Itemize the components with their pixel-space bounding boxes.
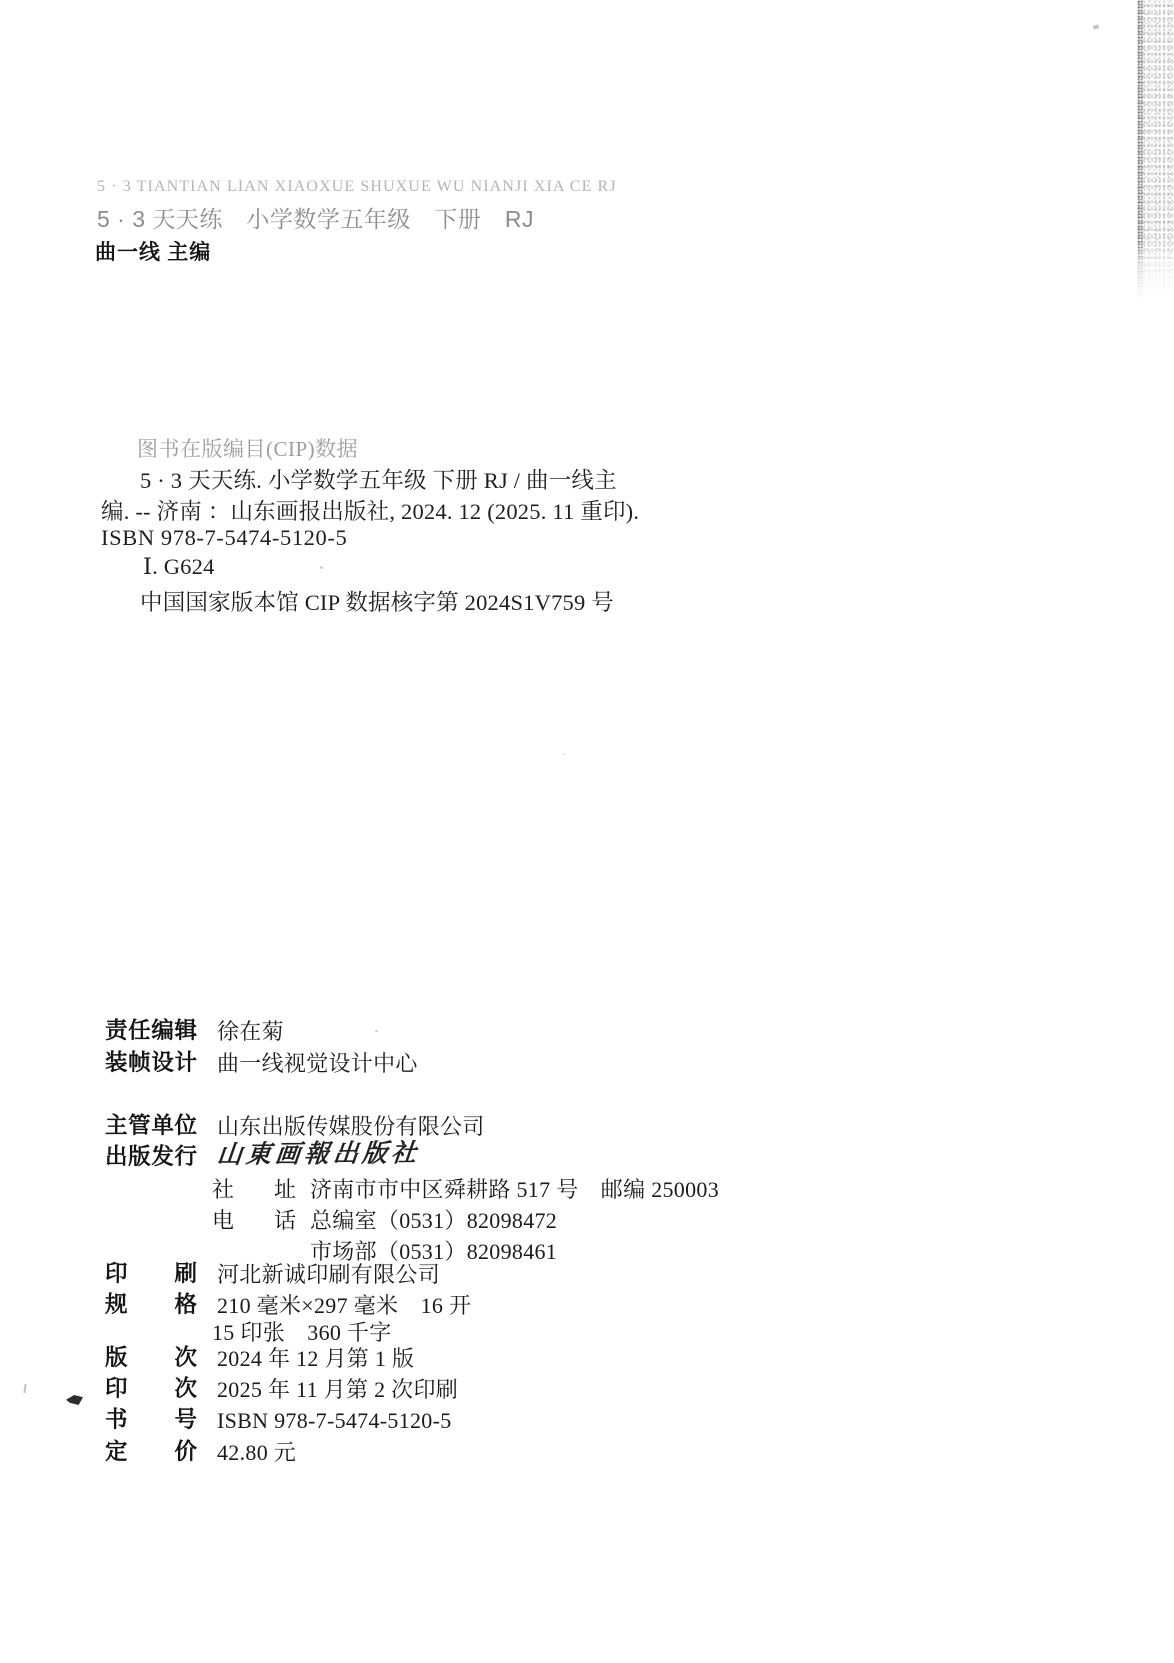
colophon-value: 徐在菊: [217, 1019, 284, 1044]
colophon-sublabel: 电话: [212, 1208, 296, 1233]
book-title: 5 · 3 天天练 小学数学五年级 下册 RJ: [97, 201, 534, 234]
ink-wedge-mark: [66, 1395, 83, 1405]
colophon-value: 济南市市中区舜耕路 517 号 邮编 250003: [310, 1177, 719, 1202]
colophon-label: 规格: [105, 1292, 197, 1318]
colophon-value: 42.80 元: [217, 1440, 296, 1465]
colophon-row-editor: 责任编辑徐在菊: [105, 1018, 284, 1044]
scanned-copyright-page: 5 · 3 TIANTIAN LIAN XIAOXUE SHUXUE WU NI…: [0, 0, 1174, 1663]
scan-speck: [375, 1030, 378, 1032]
scan-speck: [563, 753, 565, 755]
colophon-row-edition: 版次2024 年 12 月第 1 版: [105, 1345, 414, 1371]
colophon-label: 印刷: [105, 1261, 197, 1287]
scan-speck: [320, 566, 323, 569]
colophon-row-isbn: 书号ISBN 978-7-5474-5120-5: [105, 1407, 452, 1433]
colophon-value: 总编室（0531）82098472: [310, 1208, 557, 1233]
cip-line-2: 编. -- 济南 ：山东画报出版社, 2024. 12 (2025. 11 重印…: [101, 494, 639, 526]
colophon-row-supervisor: 主管单位山东出版传媒股份有限公司: [105, 1113, 485, 1139]
cip-classification: Ⅰ. G624: [143, 554, 215, 580]
colophon-row-design: 装帧设计曲一线视觉设计中心: [105, 1050, 418, 1076]
scanner-artifact-strip: [1137, 0, 1174, 300]
colophon-value: 15 印张 360 千字: [212, 1320, 392, 1345]
colophon-row-phone: 电话总编室（0531）82098472: [212, 1208, 557, 1233]
colophon-row-address: 社址济南市市中区舜耕路 517 号 邮编 250003: [212, 1177, 719, 1202]
scan-speck: [1093, 24, 1100, 29]
colophon-row-printer: 印刷河北新诚印刷有限公司: [105, 1261, 440, 1287]
colophon-row-price: 定价42.80 元: [105, 1439, 296, 1465]
colophon-value: 河北新诚印刷有限公司: [217, 1262, 440, 1287]
colophon-sublabel: 社址: [212, 1177, 296, 1202]
cip-line-1: 5 · 3 天天练. 小学数学五年级 下册 RJ / 曲一线主: [140, 463, 617, 495]
colophon-label: 主管单位: [105, 1113, 197, 1139]
colophon-value: 210 毫米×297 毫米 16 开: [217, 1293, 471, 1318]
book-title-pinyin: 5 · 3 TIANTIAN LIAN XIAOXUE SHUXUE WU NI…: [97, 178, 617, 196]
publisher-calligraphy: 山東画報出版社: [216, 1140, 422, 1171]
colophon-label: 出版发行: [105, 1144, 197, 1170]
cip-isbn: ISBN 978-7-5474-5120-5: [101, 525, 347, 551]
colophon-row-impression: 印次2025 年 11 月第 2 次印刷: [105, 1376, 458, 1402]
colophon-row-format: 规格210 毫米×297 毫米 16 开: [105, 1292, 471, 1318]
colophon-value: 山东出版传媒股份有限公司: [217, 1114, 485, 1139]
colophon-label: 责任编辑: [105, 1018, 197, 1044]
colophon-label: 定价: [105, 1439, 197, 1465]
colophon-label: 印次: [105, 1376, 197, 1402]
colophon-label: 书号: [105, 1407, 197, 1433]
colophon-value: 曲一线视觉设计中心: [217, 1051, 418, 1076]
colophon-row-format-2: 15 印张 360 千字: [212, 1320, 392, 1345]
colophon-label: 版次: [105, 1345, 197, 1371]
colophon-value: 2025 年 11 月第 2 次印刷: [217, 1377, 458, 1402]
scanner-artifact-edge: [1137, 0, 1143, 300]
book-author: 曲一线 主编: [95, 236, 211, 266]
colophon-label: 装帧设计: [105, 1050, 197, 1076]
colophon-value: ISBN 978-7-5474-5120-5: [217, 1408, 452, 1433]
cip-record-number: 中国国家版本馆 CIP 数据核字第 2024S1V759 号: [140, 585, 614, 617]
cip-heading: 图书在版编目(CIP)数据: [137, 433, 358, 463]
colophon-value: 2024 年 12 月第 1 版: [217, 1346, 414, 1371]
colophon-row-publisher: 出版发行山東画報出版社: [105, 1141, 420, 1170]
scan-tick-mark: [23, 1384, 26, 1393]
